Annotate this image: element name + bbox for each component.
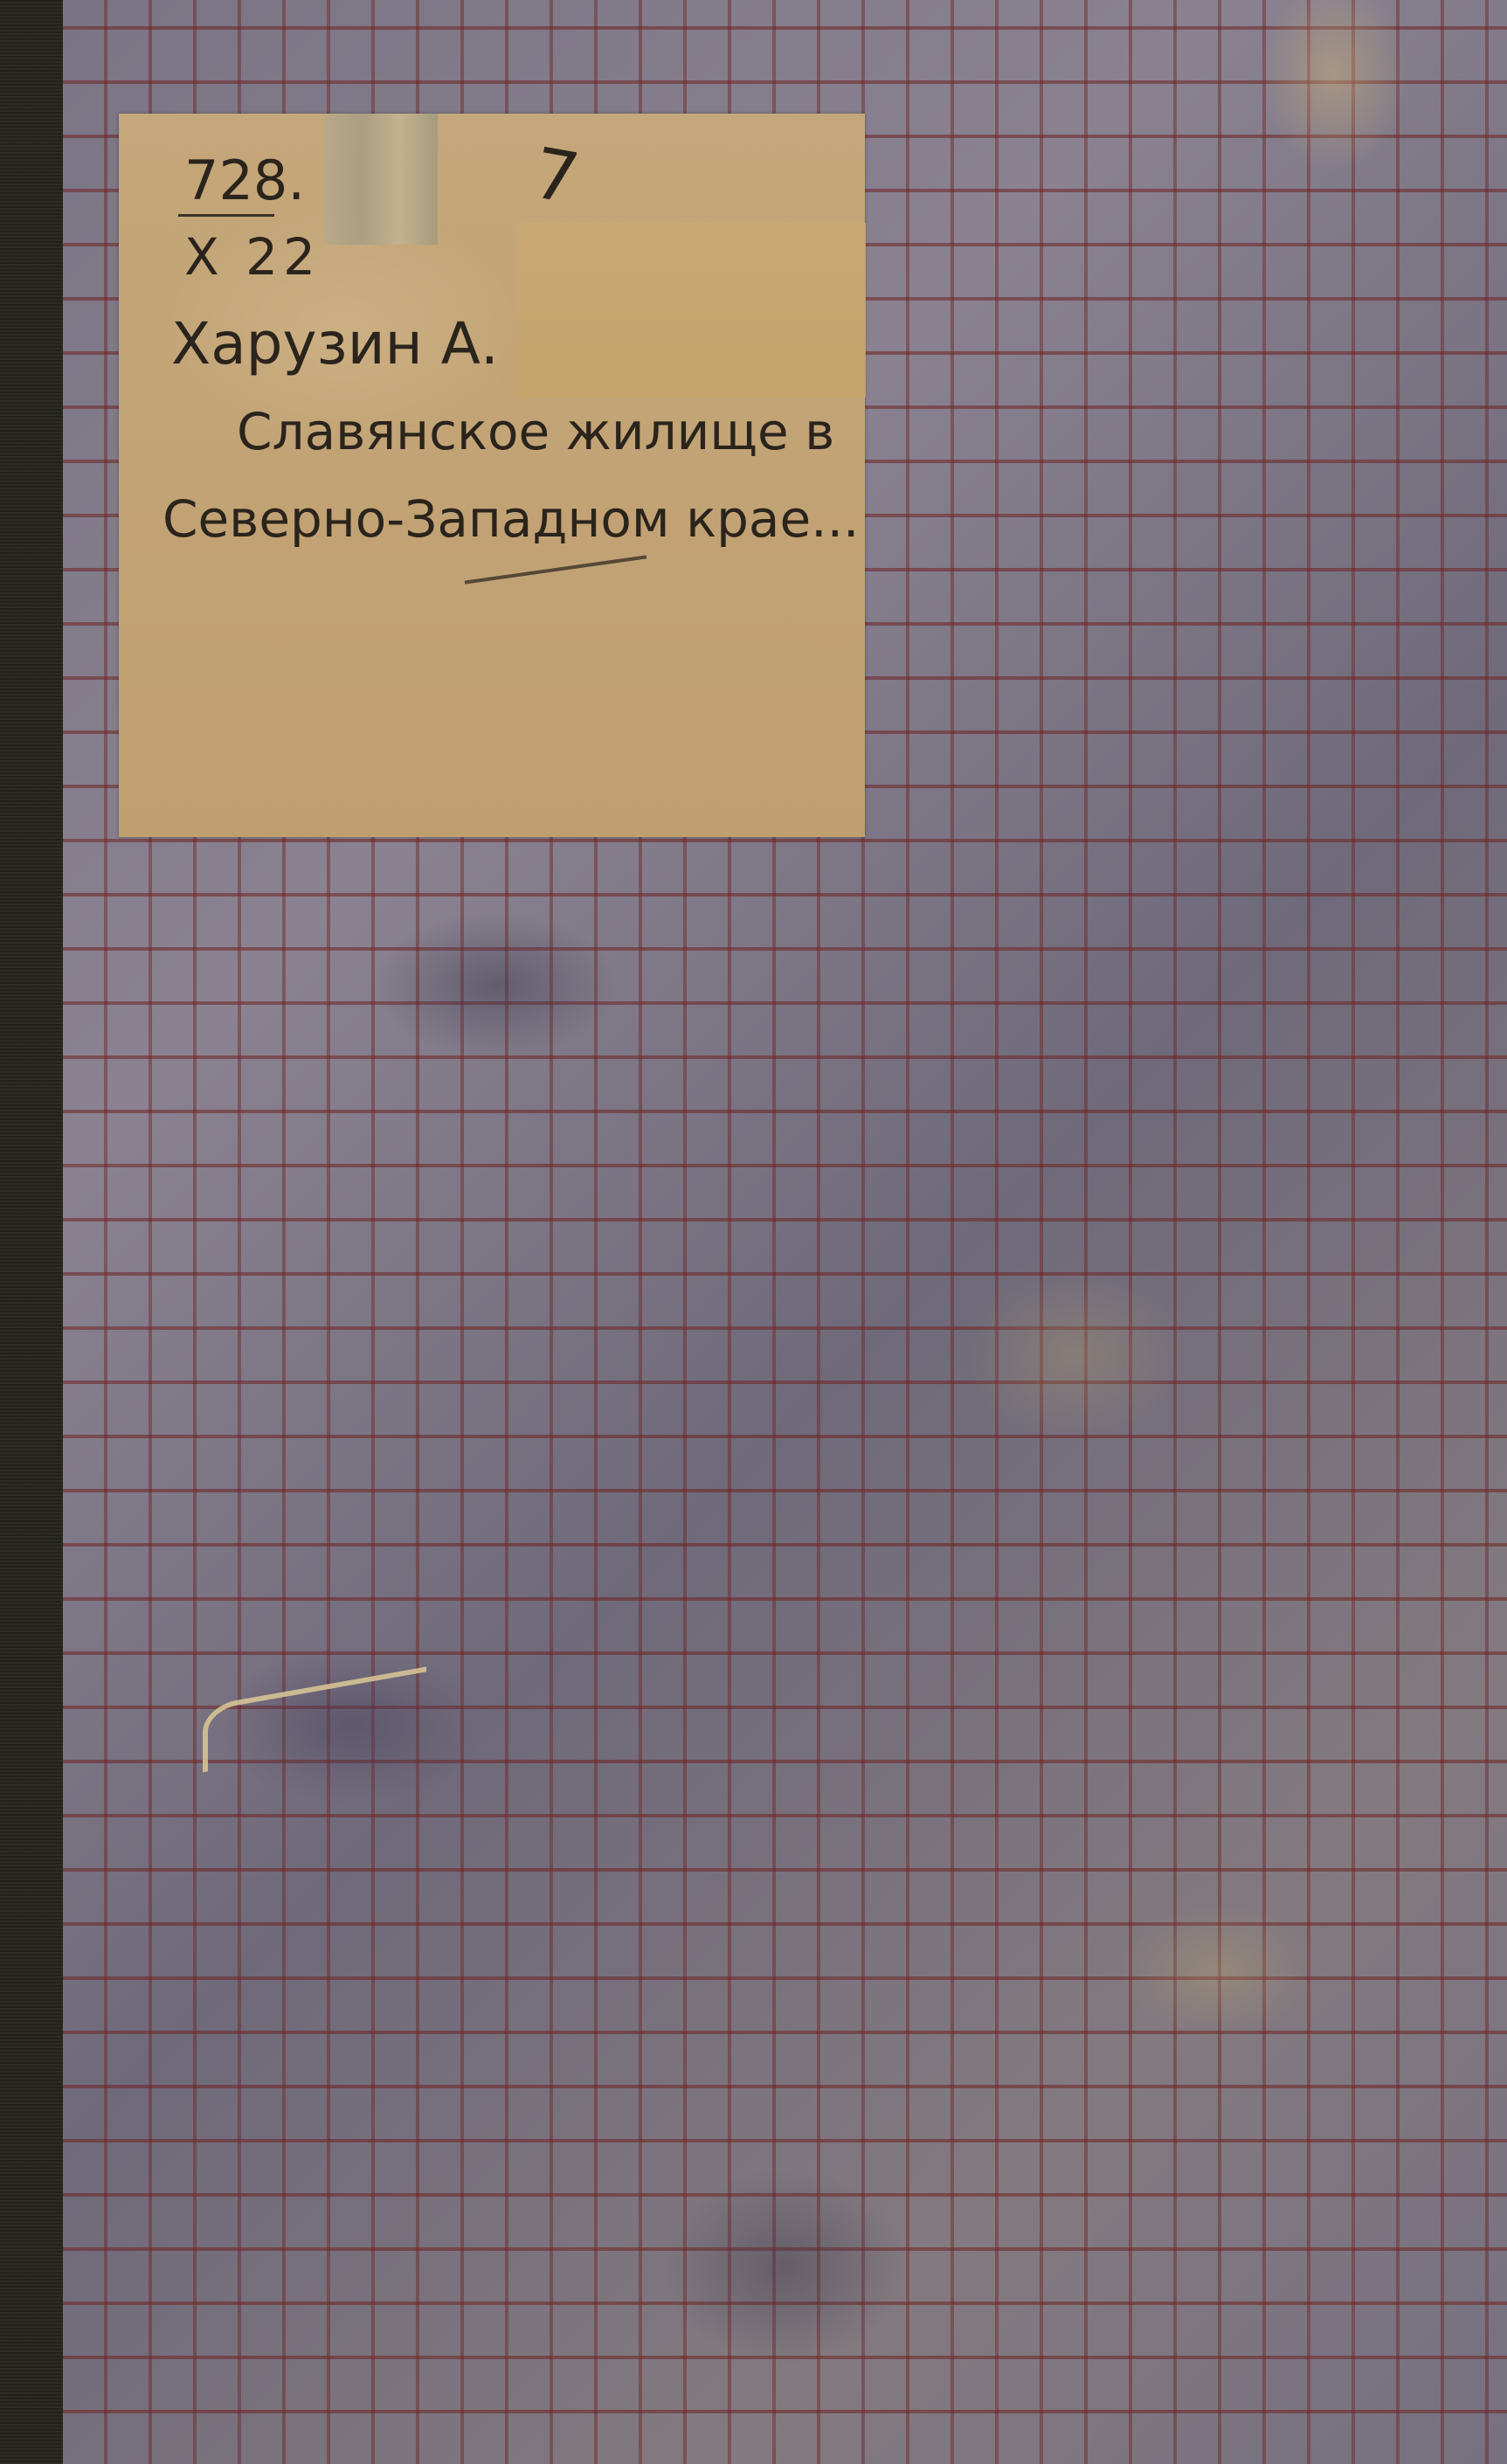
author-name: Харузин А. (171, 310, 499, 377)
redacted-area (324, 114, 438, 245)
call-number-bottom: X 22 (184, 227, 321, 287)
call-number-top: 728. (184, 149, 305, 212)
pencil-stroke (465, 555, 647, 584)
call-number-divider (178, 214, 274, 217)
title-line-1: Славянское жилище в (237, 402, 834, 461)
cover-tear (203, 1666, 426, 1772)
handwritten-mark: 7 (527, 132, 584, 219)
redacted-area (516, 223, 866, 398)
book-spine (0, 0, 63, 2464)
title-line-2: Северно-Западном крае... (162, 489, 859, 549)
library-label: 728. X 22 7 Харузин А. Славянское жилище… (119, 114, 865, 837)
